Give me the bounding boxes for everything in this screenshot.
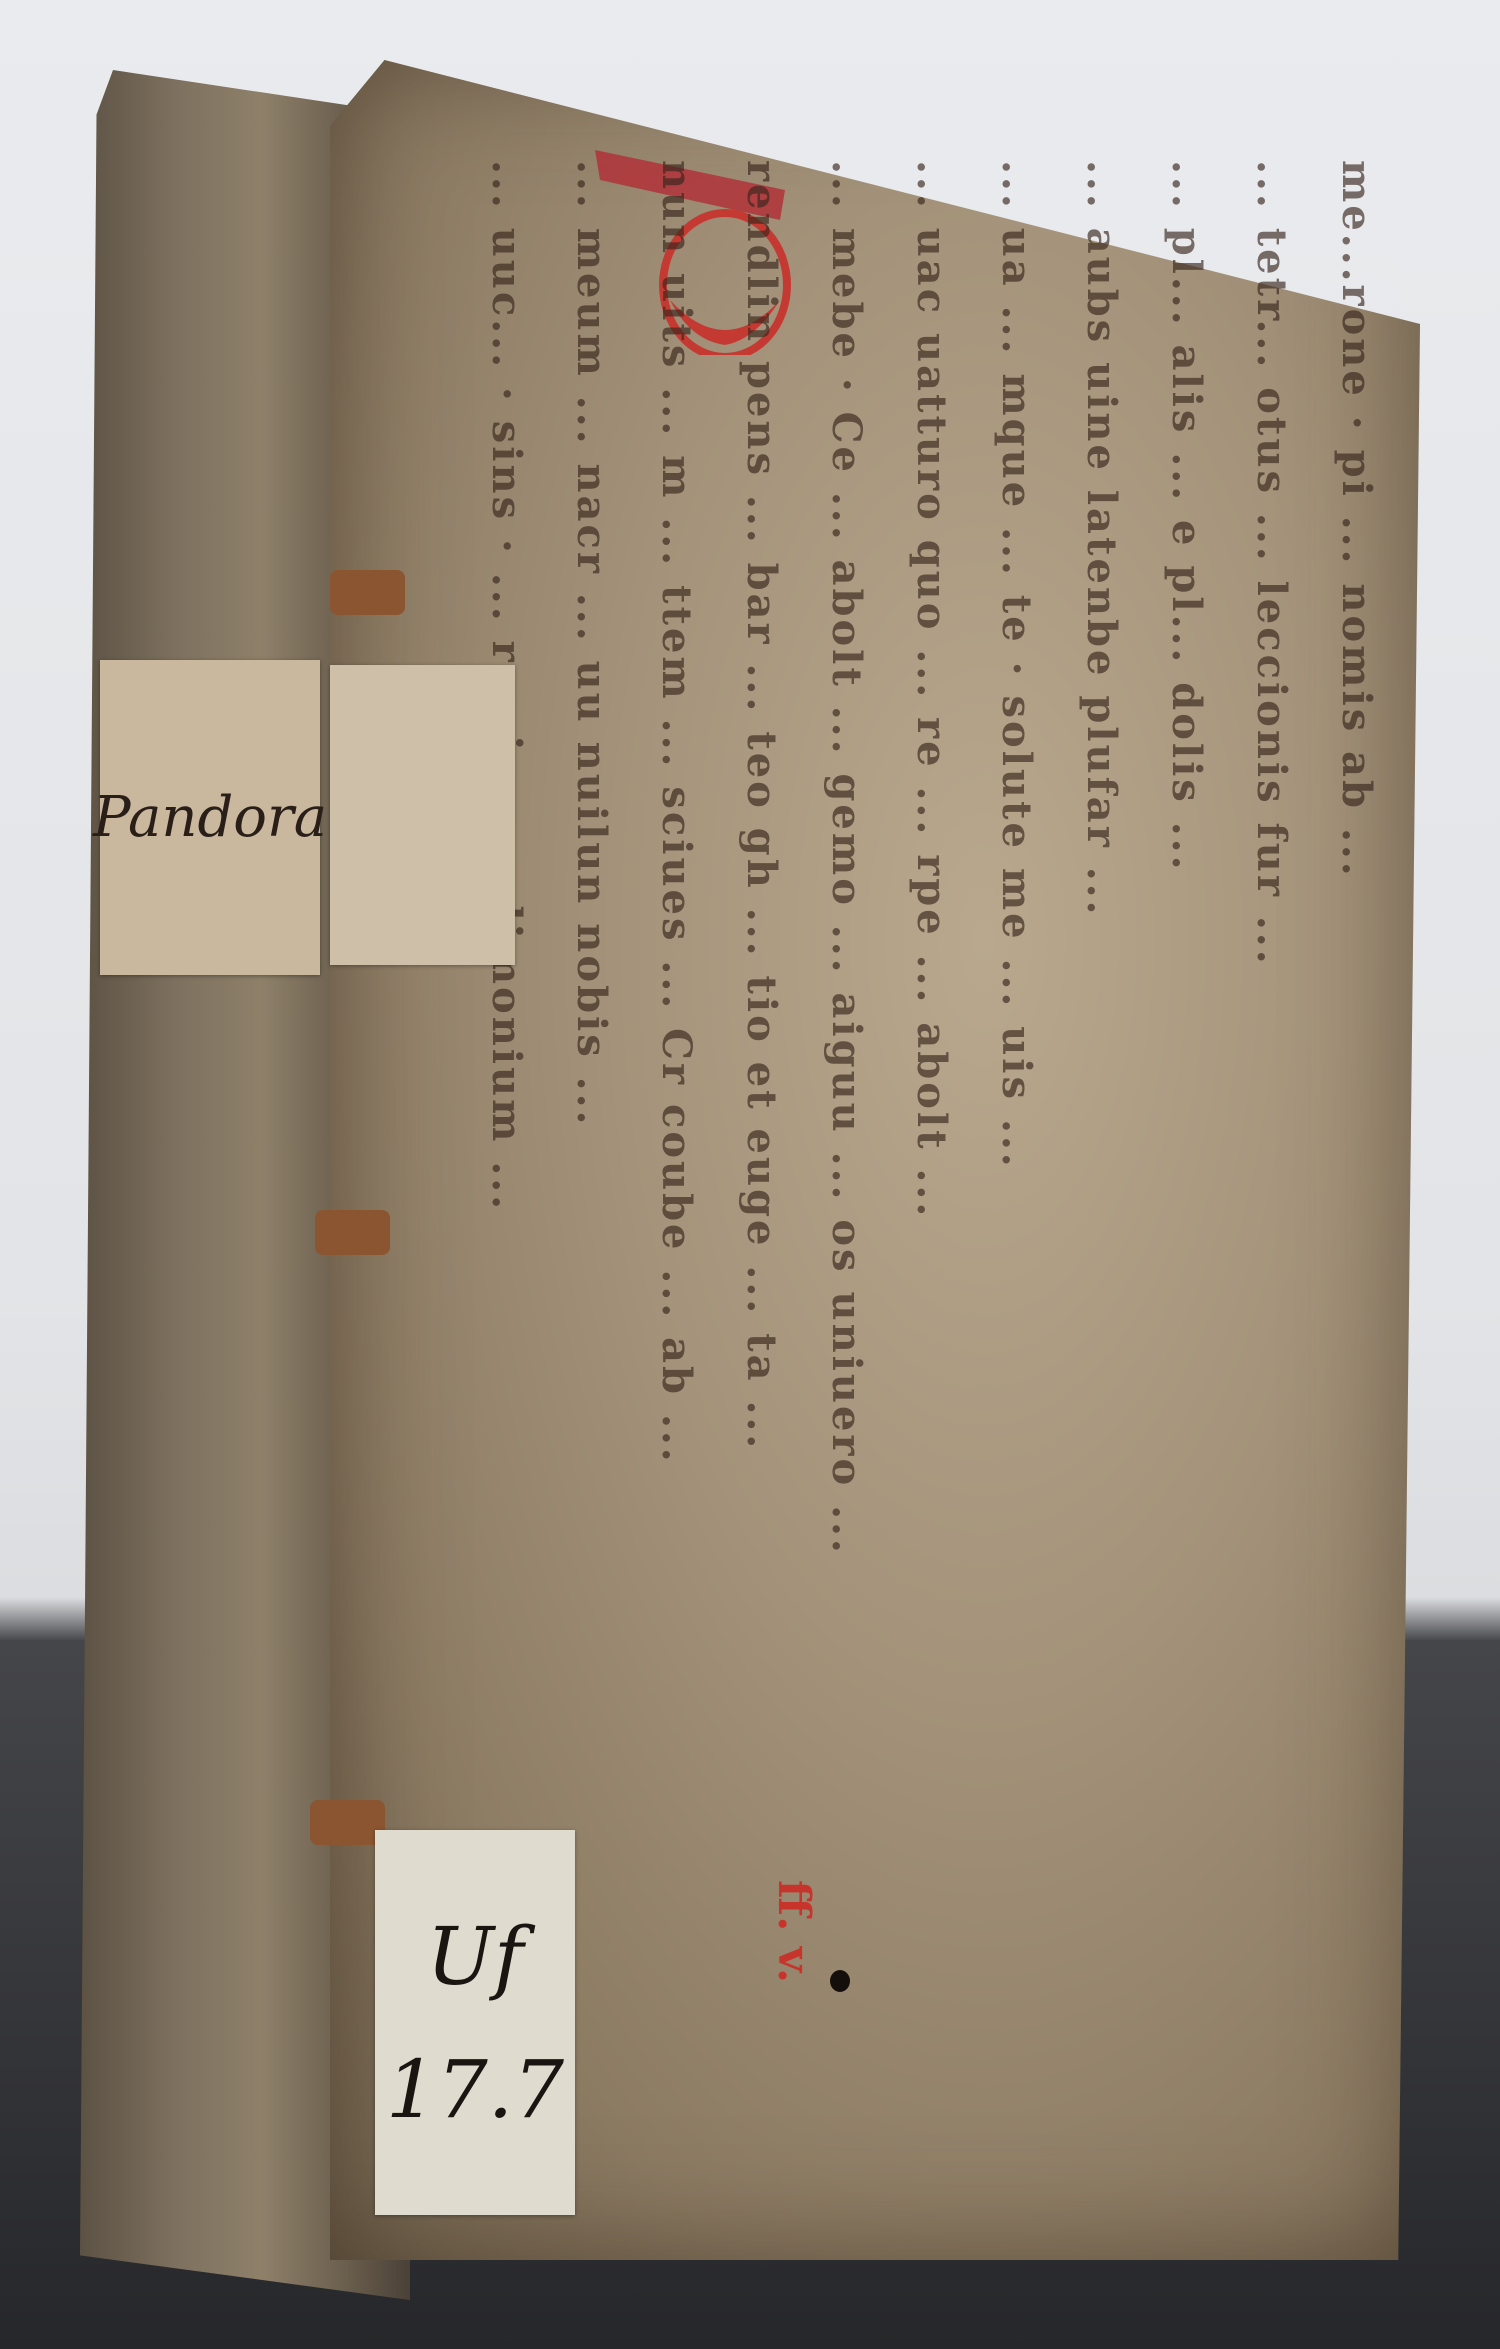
red-folio-annotation: ff. v. — [768, 1880, 819, 1983]
blank-paper-label — [330, 665, 515, 965]
binding-thong — [330, 570, 405, 615]
script-column: ... aubs uine latenbe plufar ... — [1078, 160, 1125, 2060]
script-column: ... tetr... otus ... leccionis fur ... — [1248, 160, 1295, 2060]
shelf-mark-label: Uf 17.7 — [375, 1830, 575, 2215]
book: me...rone · pi ... nomis ab ... ... tetr… — [0, 0, 1500, 2349]
binding-thong — [310, 1800, 385, 1845]
script-column: rendlin pens ... bar ... teo gh ... tio … — [738, 160, 785, 2060]
script-column: ... uac uatturo quo ... re ... rpe ... a… — [908, 160, 955, 2060]
spine-title-label: Pandora — [100, 660, 320, 975]
script-column: nun uits ... m ... ttem ... sciues ... C… — [653, 160, 700, 2060]
script-column: me...rone · pi ... nomis ab ... — [1333, 160, 1380, 2060]
worm-hole — [830, 1970, 850, 1992]
shelf-mark-line2: 17.7 — [386, 2043, 564, 2136]
script-column: ... mebe · Ce ... abolt ... gemo ... aig… — [823, 160, 870, 2060]
shelf-mark-line1: Uf — [426, 1910, 523, 2003]
script-column: ... pl... alis ... e pl... dolis ... — [1163, 160, 1210, 2060]
binding-thong — [315, 1210, 390, 1255]
spine-title-text: Pandora — [93, 785, 327, 850]
manuscript-text: me...rone · pi ... nomis ab ... ... tetr… — [430, 160, 1380, 2060]
script-column: ... ua ... mque ... te · solute me ... u… — [993, 160, 1040, 2060]
script-column: ... meum ... nacr ... uu nuilun nobis ..… — [568, 160, 615, 2060]
script-column: ... uuc... · sins · ... ror in · rudimon… — [483, 160, 530, 2060]
